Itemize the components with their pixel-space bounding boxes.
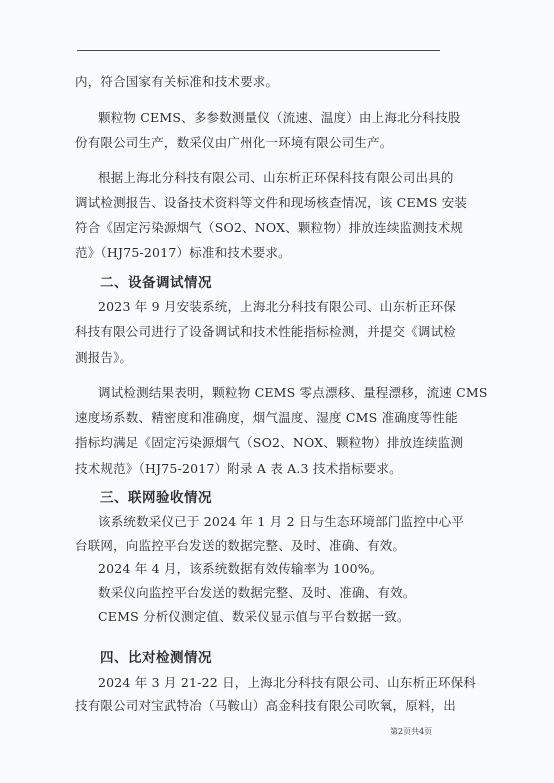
- text-line: 根据上海北分科技有限公司、山东析正环保科技有限公司出具的: [98, 170, 437, 186]
- text-line: 数采仪向监控平台发送的数据完整、及时、准确、有效。: [98, 585, 416, 601]
- text-line: 颗粒物 CEMS、多参数测量仪（流速、温度）由上海北分科技股: [98, 110, 437, 126]
- page-number: 第2页共4页: [390, 726, 432, 737]
- text-line: 2023 年 9 月安装系统，上海北分科技有限公司、山东析正环保: [98, 299, 437, 315]
- text-line: CEMS 分析仪测定值、数采仪显示值与平台数据一致。: [98, 609, 410, 625]
- text-line: 调试检测结果表明，颗粒物 CEMS 零点漂移、量程漂移，流速 CMS: [98, 385, 437, 401]
- section-heading: 四、比对检测情况: [100, 650, 212, 666]
- text-line: 该系统数采仪已于 2024 年 1 月 2 日与生态环境部门监控中心平: [98, 514, 437, 530]
- text-line: 速度场系数、精密度和准确度，烟气温度、湿度 CMS 准确度等性能: [75, 410, 437, 426]
- text-line: 台联网，向监控平台发送的数据完整、及时、准确、有效。: [75, 538, 405, 554]
- text-line: 技术规范》（HJ75-2017）附录 A 表 A.3 技术指标要求。: [75, 461, 402, 477]
- section-heading: 三、联网验收情况: [100, 490, 212, 506]
- text-line: 份有限公司生产，数采仪由广州化一环境有限公司生产。: [75, 135, 393, 151]
- header-rule: [77, 50, 440, 51]
- text-line: 测报告》。: [75, 350, 132, 366]
- text-line: 2024 年 4 月，该系统数据有效传输率为 100%。: [98, 561, 383, 577]
- document-page: 内，符合国家有关标准和技术要求。颗粒物 CEMS、多参数测量仪（流速、温度）由上…: [0, 0, 554, 783]
- text-line: 调试检测报告、设备技术资料等文件和现场核查情况，该 CEMS 安装: [75, 195, 437, 211]
- text-line: 内，符合国家有关标准和技术要求。: [75, 74, 278, 90]
- text-line: 指标均满足《固定污染源烟气（SO2、NOX、颗粒物）排放连续监测: [75, 435, 437, 451]
- section-heading: 二、设备调试情况: [100, 275, 212, 291]
- text-line: 科技有限公司进行了设备调试和技术性能指标检测，并提交《调试检: [75, 324, 437, 340]
- text-line: 范》（HJ75-2017）标准和技术要求。: [75, 245, 291, 261]
- text-line: 2024 年 3 月 21-22 日，上海北分科技有限公司、山东析正环保科: [98, 675, 437, 691]
- text-line: 技有限公司对宝武特冶（马鞍山）高金科技有限公司吹氧，原料，出: [75, 698, 437, 714]
- text-line: 符合《固定污染源烟气（SO2、NOX、颗粒物）排放连续监测技术规: [75, 220, 437, 236]
